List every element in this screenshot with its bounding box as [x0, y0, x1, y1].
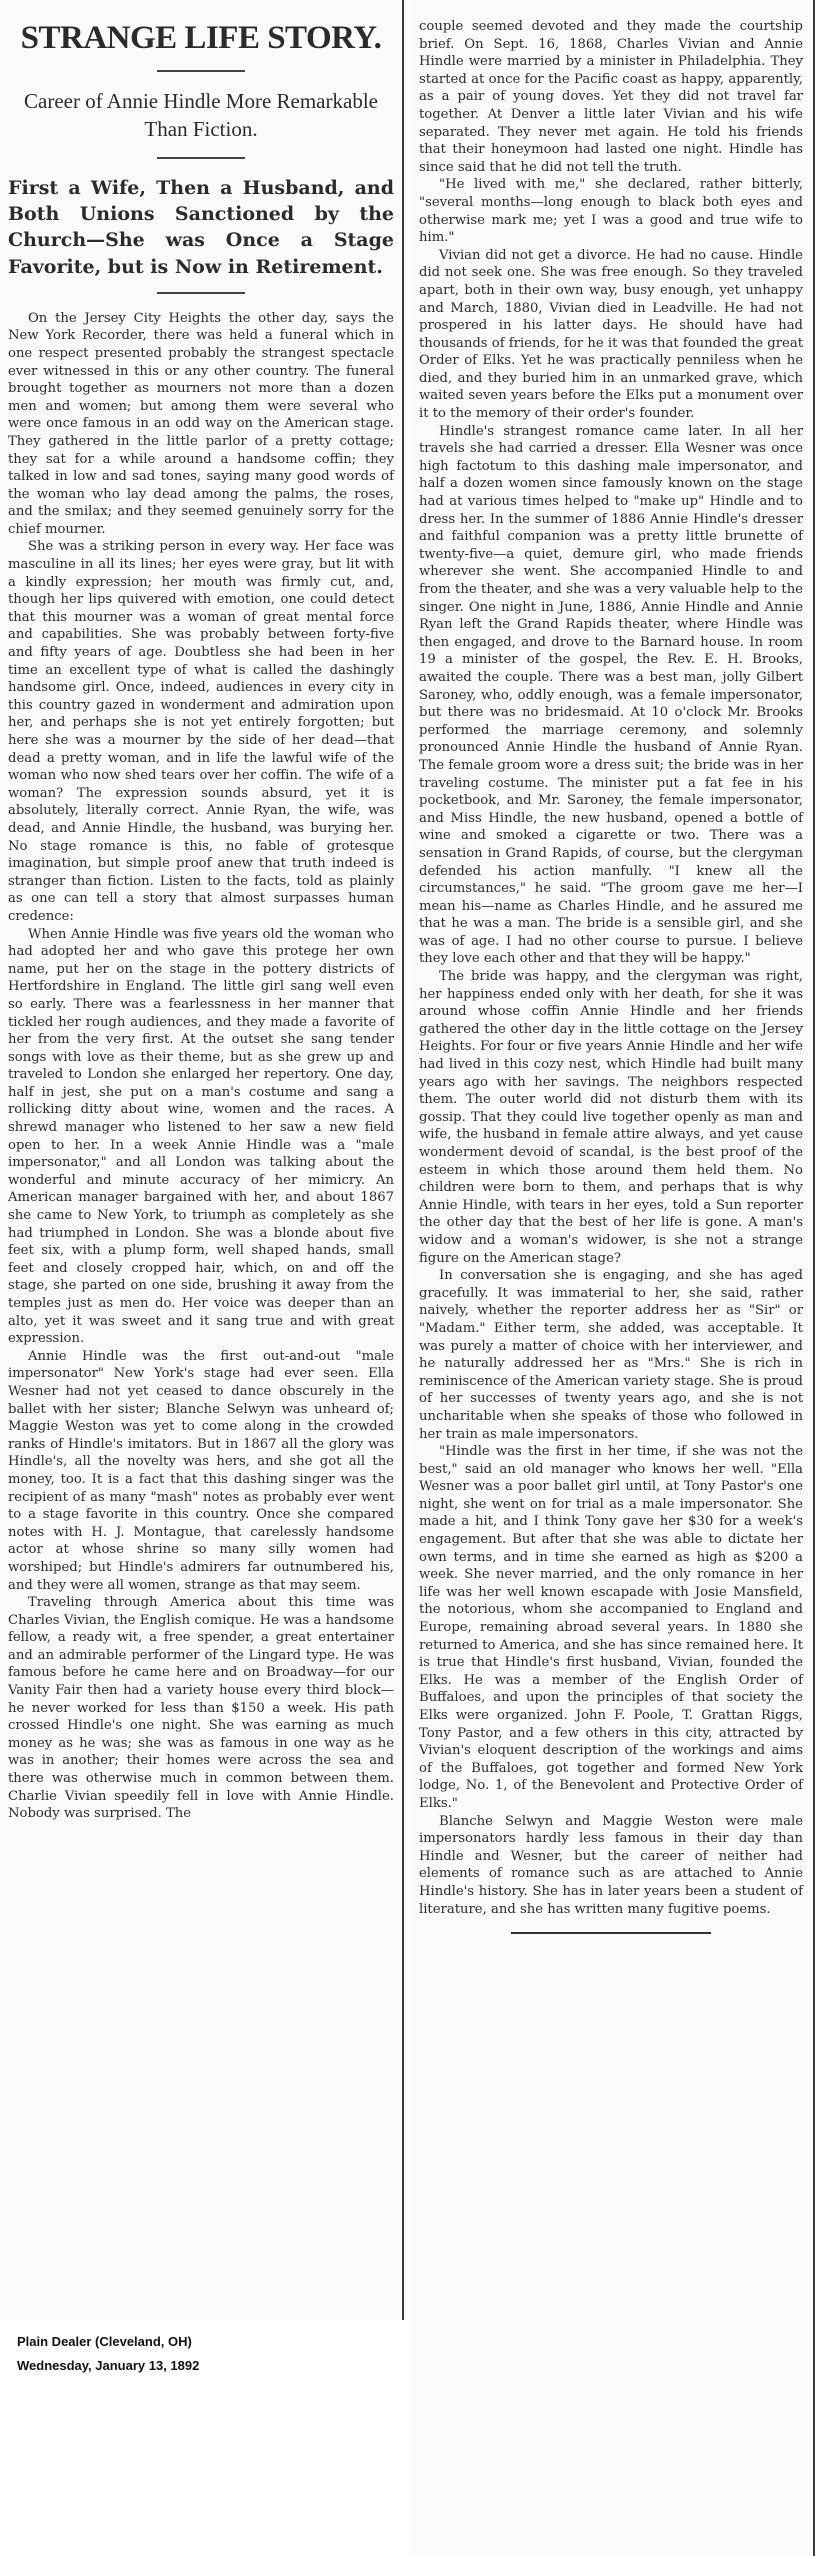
paragraph: Hindle's strangest romance came later. I…	[419, 423, 803, 968]
subheadline: Career of Annie Hindle More Remarkable T…	[8, 88, 394, 143]
paragraph: Blanche Selwyn and Maggie Weston were ma…	[419, 1813, 803, 1919]
paragraph: In conversation she is engaging, and she…	[419, 1267, 803, 1443]
paragraph: The bride was happy, and the clergyman w…	[419, 968, 803, 1267]
paragraph: Annie Hindle was the first out-and-out "…	[8, 1348, 394, 1594]
article-column-left: STRANGE LIFE STORY. Career of Annie Hind…	[0, 0, 404, 2320]
publication-name: Plain Dealer (Cleveland, OH)	[17, 2330, 397, 2354]
paragraph: "He lived with me," she declared, rather…	[419, 176, 803, 246]
paragraph: "Hindle was the first in her time, if sh…	[419, 1443, 803, 1812]
end-rule	[511, 1932, 711, 1934]
article-column-right: couple seemed devoted and they made the …	[411, 0, 815, 2556]
headline: STRANGE LIFE STORY.	[8, 20, 394, 56]
paragraph: Traveling through America about this tim…	[8, 1594, 394, 1823]
publication-date: Wednesday, January 13, 1892	[17, 2354, 397, 2378]
paragraph: Vivian did not get a divorce. He had no …	[419, 247, 803, 423]
paragraph: On the Jersey City Heights the other day…	[8, 310, 394, 539]
divider-rule	[157, 292, 245, 294]
source-caption: Plain Dealer (Cleveland, OH) Wednesday, …	[17, 2320, 397, 2378]
divider-rule	[157, 157, 245, 159]
deck-headline: First a Wife, Then a Husband, and Both U…	[8, 175, 394, 280]
paragraph: She was a striking person in every way. …	[8, 538, 394, 925]
paragraph: couple seemed devoted and they made the …	[419, 18, 803, 176]
paragraph: When Annie Hindle was five years old the…	[8, 926, 394, 1348]
divider-rule	[157, 70, 245, 72]
